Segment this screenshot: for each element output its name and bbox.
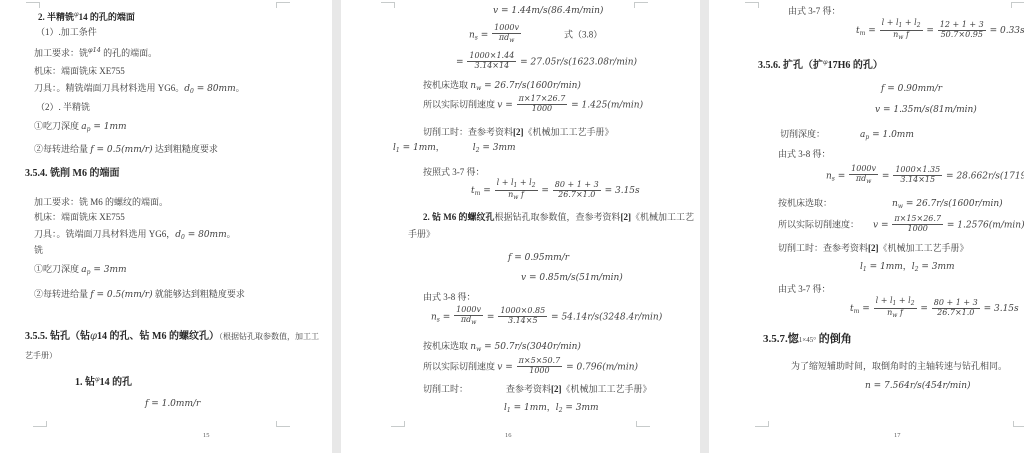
text-run: 80 + 1 + 3 [555,180,599,189]
text-run: f = 0.90mm/r [881,84,942,94]
text-run: = 3.15s [602,186,640,196]
document-canvas: 2. 半精铣φ14 的孔的端面（1）.加工条件加工要求：铣φ14 的孔的端面。机… [0,0,1024,453]
text-line: l1 = 1mm，l2 = 3mm [860,261,955,275]
text-run: 3.5.7.惚 [763,333,799,345]
text-run: 加工要求：铣 M6 的螺纹的端面。 [34,197,168,207]
text-run: = 1mm [511,403,547,413]
text-line: 由式 3-7 得： [778,284,831,295]
text-run: 2. 半精铣 [38,12,74,22]
text-line: 按机床选取：nw = 26.7r/s(1600r/min) [778,198,1003,212]
text-run: f = 0.95mm/r [508,253,569,263]
page-15-body: 2. 半精铣φ14 的孔的端面（1）.加工条件加工要求：铣φ14 的孔的端面。机… [0,0,332,453]
fraction: π×17×26.71000 [517,95,568,114]
text-run: = 26.7r/s(1600r/min) [903,199,1003,209]
text-line: tm = l + l1 + l2nw f = 12 + 1 + 350.7×0.… [856,20,1024,42]
text-run: ， [436,142,445,152]
text-run: 由式 3-8 得： [778,149,831,159]
text-run: [2] [551,384,562,394]
fraction: l + l1 + l2nw f [874,297,917,319]
text-run: π×15×26.7 [894,214,941,223]
text-run: 1000v [494,23,519,32]
text-line: f = 1.0mm/r [145,398,200,410]
text-run: n = 7.564r/s(454r/min) [865,381,971,391]
text-run: 2. 钻 M6 的螺纹孔 [423,212,495,222]
heading-3-5-4: 3.5.4. 铣削 M6 的端面 [25,168,119,179]
text-run: 达到粗糙度要求 [153,144,218,154]
fraction: 1000vπdw [849,165,878,185]
text-line: 所以实际切削速度 v = π×17×26.71000 = 1.425(m/min… [423,96,643,115]
text-run: 由式 3-7 得： [788,6,841,16]
text-run: 切削深度： [780,129,825,139]
text-line: 刀具：。精铣端面刀具材料选用 YG6。d0 = 80mm。 [34,83,245,97]
text-run: = 1mm [90,122,126,132]
text-run: = 80mm [194,84,236,94]
text-line: v = 1.35m/s(81m/min) [875,104,977,116]
heading-3-5-5: 3.5.5. 钻孔（钻φ14 的孔、钻 M6 的螺纹孔）（根据钻孔取参数值，加工… [25,331,319,342]
text-run: = [835,171,848,181]
fraction: 1000×0.853.14×5 [498,307,547,326]
text-run: 2 [917,22,921,29]
text-run: 查参考资料 [506,384,551,394]
text-run: πd [499,33,509,42]
text-run: 切削工时： [423,384,468,394]
text-run: 《机械加工工艺手册》 [879,243,969,253]
text-line: ②每转进给量 f = 0.5(mm/r) 达到粗糙度要求 [34,144,218,156]
text-run: π×17×26.7 [519,94,566,103]
heading-drill-phi14: 1. 钻φ14 的孔 [75,374,132,388]
text-line: ②每转进给量 f = 0.5(mm/r) 就能够达到粗糙度要求 [34,289,245,301]
text-run: 14 的孔的端面 [79,12,135,22]
text-line: 所以实际切削速度 v = π×5×50.71000 = 0.796(m/min) [423,358,638,377]
text-run: 12 + 1 + 3 [940,20,984,29]
text-run: 1. 钻 [75,377,95,388]
fraction: 1000×1.353.14×15 [893,166,942,185]
text-run: （2）. 半精铣 [36,102,90,112]
text-line: 切削工时：查参考资料[2]《机械加工工艺手册》 [423,384,652,395]
text-run: 1000 [529,366,549,375]
page-number: 17 [894,432,901,439]
text-run: = [879,171,892,181]
text-run: 1000 [532,104,552,113]
text-run: ①吃刀深度 [34,264,81,274]
text-run: ， [547,402,556,412]
text-run: （1）.加工条件 [36,27,97,37]
text-line: 切削工时：查参考资料[2]《机械加工工艺手册》 [423,127,614,138]
text-run: 按机床选取 [423,80,470,90]
text-line: ns = 1000vπdw式（3.8） [469,25,602,45]
text-run: 2 [911,300,915,307]
text-run: v = 1.44m/s(86.4m/min) [493,6,603,16]
text-run: f = 0.5(mm/r) [90,145,152,155]
fraction: 80 + 1 + 326.7×1.0 [553,181,601,200]
text-run: [2] [868,243,879,253]
text-run: = [440,312,453,322]
text-run: = 80mm [185,230,227,240]
text-run: 机床：端面铣床 XE755 [34,66,125,76]
text-run: v = [873,220,891,230]
text-run: w [471,319,476,326]
text-run: v = 0.85m/s(51m/min) [521,273,623,283]
text-run: = [456,57,466,67]
text-run: = 3mm [480,143,516,153]
text-run: 80 + 1 + 3 [934,298,978,307]
page-16-body: v = 1.44m/s(86.4m/min)ns = 1000vπdw式（3.8… [341,0,700,453]
text-run: v = [497,362,515,372]
text-run: 1000v [456,305,481,314]
text-line: 由式 3-8 得： [778,149,831,160]
text-run: l + l [497,178,514,187]
text-line: 机床：端面铣床 XE755 [34,212,125,223]
fraction: π×15×26.71000 [892,215,943,234]
text-line: （1）.加工条件 [36,27,97,38]
text-run: 50.7×0.95 [941,30,983,39]
text-run: f [903,30,909,39]
text-run: 所以实际切削速度 [423,99,497,109]
heading-3-5-6: 3.5.6. 扩孔（扩φ17H6 的孔） [758,57,883,71]
text-run: l + l [876,296,893,305]
text-run: = [924,26,937,36]
text-run: f [897,308,903,317]
page-number: 15 [203,432,210,439]
document-page-17[interactable]: 由式 3-7 得：tm = l + l1 + l2nw f = 12 + 1 +… [709,0,1024,453]
text-line: 按照式 3-7 得： [423,167,485,178]
text-line: 切削深度：ap = 1.0mm [780,129,914,143]
text-run: 手册》 [408,229,435,239]
text-run: （根据钻孔取参数值，加工工 [219,332,319,341]
text-run: ②每转进给量 [34,289,90,299]
text-run: 切削工时：查参考资料 [423,127,513,137]
text-run: = [918,304,931,314]
text-run: 的倒角 [816,333,852,345]
text-run: 就能够达到粗糙度要求 [153,289,245,299]
text-run: 1000×0.85 [500,306,545,315]
text-run: 。 [236,83,245,93]
text-line: = 1000×1.443.14×14 = 27.05r/s(1623.08r/m… [456,53,637,72]
text-run: 2 [532,182,536,189]
text-line: 加工要求：铣φ14 的孔的端面。 [34,45,157,59]
text-run: = 3mm [919,262,955,272]
text-line: tm = l + l1 + l2nw f = 80 + 1 + 326.7×1.… [850,298,1019,320]
page-17-body: 由式 3-7 得：tm = l + l1 + l2nw f = 12 + 1 +… [709,0,1024,453]
text-line: f = 0.90mm/r [881,83,942,95]
text-run: v = [497,100,515,110]
text-line: ns = 1000vπdw = 1000×1.353.14×15 = 28.66… [826,166,1024,186]
text-line: 所以实际切削速度：v = π×15×26.71000 = 1.2576(m/mi… [778,216,1024,235]
text-run: = 3mm [563,403,599,413]
text-run: = 1mm [867,262,903,272]
text-run: 按机床选取 [423,341,470,351]
text-line: v = 1.44m/s(86.4m/min) [493,5,603,17]
text-run: πd [856,174,866,183]
text-run: = 3mm [90,265,126,275]
text-run: 17H6 的孔） [828,60,883,71]
text-run: 所以实际切削速度： [778,219,859,229]
text-run: 根据钻孔取参数值，查参考资料 [495,212,621,222]
text-run: = 1.2576(m/min) [944,220,1024,230]
text-run: 26.7×1.0 [937,308,974,317]
text-run: = [539,186,552,196]
text-run: 26.7×1.0 [558,190,595,199]
text-run: 艺手册） [25,351,57,360]
fraction: 1000vπdw [454,306,483,326]
text-run: 刀具：。精铣端面刀具材料选用 YG6。 [34,83,184,93]
heading-semi-finish-mill: 2. 半精铣φ14 的孔的端面 [38,9,135,23]
text-line: 艺手册） [25,350,57,361]
text-run: φ14 [88,46,101,54]
text-run: + l [902,18,916,27]
text-run: 3.5.4. 铣削 M6 的端面 [25,168,119,179]
text-line: ①吃刀深度 ap = 1mm [34,121,127,135]
text-run: 1000×1.35 [895,165,940,174]
text-line: ns = 1000vπdw = 1000×0.853.14×5 = 54.14r… [431,307,662,327]
text-run: 14 的孔、钻 M6 的螺纹孔） [97,331,219,342]
text-run: 1000v [851,164,876,173]
page-number: 16 [505,432,512,439]
text-run: f [518,190,524,199]
text-run: = 0.33s [987,26,1024,36]
text-run: = 1.0mm [869,130,914,140]
fraction: 12 + 1 + 350.7×0.95 [938,21,986,40]
text-line: l1 = 1mm，l2 = 3mm [393,142,516,156]
text-run: 3.14×5 [508,316,538,325]
text-line: v = 0.85m/s(51m/min) [521,272,623,284]
text-run: = [484,312,497,322]
text-run: 《机械加工工艺手册》 [524,127,614,137]
text-run: 3.14×14 [474,61,509,70]
text-run: w [509,37,514,44]
text-line: 为了缩短辅助时间，取倒角时的主轴转速与钻孔相同。 [791,361,1007,372]
text-run: = [859,304,872,314]
text-run: 3.5.5. 钻孔（钻 [25,331,90,342]
text-run: 。 [227,229,236,239]
text-run: 3.5.6. 扩孔（扩 [758,60,823,71]
text-run: 《机械加工工艺 [631,212,694,222]
text-run: [2] [621,212,632,222]
text-run: 的孔的端面。 [101,48,157,58]
text-run: 1×45° [799,336,816,344]
document-page-15[interactable]: 2. 半精铣φ14 的孔的端面（1）.加工条件加工要求：铣φ14 的孔的端面。机… [0,0,332,453]
text-run: = 50.7r/s(3040r/min) [481,342,581,352]
text-run: 3.14×15 [900,175,935,184]
text-run: ①吃刀深度 [34,121,81,131]
text-line: ①吃刀深度 ap = 3mm [34,264,127,278]
fraction: π×5×50.71000 [517,357,563,376]
text-run: 14 的孔 [100,377,133,388]
text-run: 机床：端面铣床 XE755 [34,212,125,222]
text-line: tm = l + l1 + l2nw f = 80 + 1 + 326.7×1.… [471,180,640,202]
text-run: = 28.662r/s(1719.75r/min) [943,171,1024,181]
text-run: 按机床选取： [778,198,832,208]
text-run: 由式 3-7 得： [778,284,831,294]
heading-drill-m6: 2. 钻 M6 的螺纹孔根据钻孔取参数值，查参考资料[2]《机械加工工艺 [423,212,694,223]
text-run: f = 1.0mm/r [145,399,200,409]
text-run: 刀具：。铣端面刀具材料选用 YG6， [34,229,175,239]
fraction: l + l1 + l2nw f [880,19,923,41]
text-run: f = 0.5(mm/r) [90,290,152,300]
text-run: 1000×1.44 [469,51,514,60]
text-run: = 26.7r/s(1600r/min) [481,81,581,91]
text-run: = [480,186,493,196]
fraction: l + l1 + l2nw f [495,179,538,201]
text-run: = 1.425(m/min) [568,100,643,110]
text-line: 手册》 [408,229,435,240]
text-line: 机床：端面铣床 XE755 [34,66,125,77]
text-run: = 54.14r/s(3248.4r/min) [548,312,662,322]
text-line: 由式 3-8 得： [423,292,476,303]
text-run: [2] [513,127,524,137]
text-line: f = 0.95mm/r [508,252,569,264]
text-run: 按照式 3-7 得： [423,167,485,177]
text-line: 由式 3-7 得： [788,6,841,17]
text-run: φ [90,331,97,342]
text-line: 按机床选取 nw = 26.7r/s(1600r/min) [423,80,581,94]
text-run: 为了缩短辅助时间，取倒角时的主轴转速与钻孔相同。 [791,361,1007,371]
text-line: 按机床选取 nw = 50.7r/s(3040r/min) [423,341,581,355]
text-run: = 3.15s [981,304,1019,314]
text-run: 铣 [34,245,43,255]
text-run: 由式 3-8 得： [423,292,476,302]
text-line: 加工要求：铣 M6 的螺纹的端面。 [34,197,168,208]
text-run: 切削工时：查参考资料 [778,243,868,253]
text-run: 《机械加工工艺手册》 [562,384,652,394]
text-line: n = 7.564r/s(454r/min) [865,380,971,392]
fraction: 1000vπdw [492,24,521,44]
text-run: = [865,26,878,36]
text-run: w [866,178,871,185]
text-run: + l [517,178,531,187]
text-run: = 0.796(m/min) [563,362,638,372]
text-run: π×5×50.7 [519,356,561,365]
text-run: 加工要求：铣 [34,48,88,58]
heading-3-5-7: 3.5.7.惚1×45° 的倒角 [763,334,852,346]
fraction: 80 + 1 + 326.7×1.0 [932,299,980,318]
text-run: = [478,30,491,40]
text-run: πd [461,315,471,324]
text-run: + l [896,296,910,305]
text-run: 所以实际切削速度 [423,361,497,371]
fraction: 1000×1.443.14×14 [467,52,516,71]
text-line: （2）. 半精铣 [36,102,90,113]
text-run: ②每转进给量 [34,144,90,154]
text-line: 切削工时：查参考资料[2]《机械加工工艺手册》 [778,243,969,254]
text-run: 1000 [908,224,928,233]
text-run: 式（3.8） [564,29,602,39]
text-run: ， [903,261,912,271]
text-run: = 27.05r/s(1623.08r/min) [517,57,637,67]
text-run: v = 1.35m/s(81m/min) [875,105,977,115]
text-line: l1 = 1mm，l2 = 3mm [504,402,599,416]
text-run: = 1mm [400,143,436,153]
text-line: 铣 [34,245,43,256]
text-run: l + l [882,18,899,27]
text-line: 刀具：。铣端面刀具材料选用 YG6，d0 = 80mm。 [34,229,236,243]
document-page-16[interactable]: v = 1.44m/s(86.4m/min)ns = 1000vπdw式（3.8… [341,0,700,453]
